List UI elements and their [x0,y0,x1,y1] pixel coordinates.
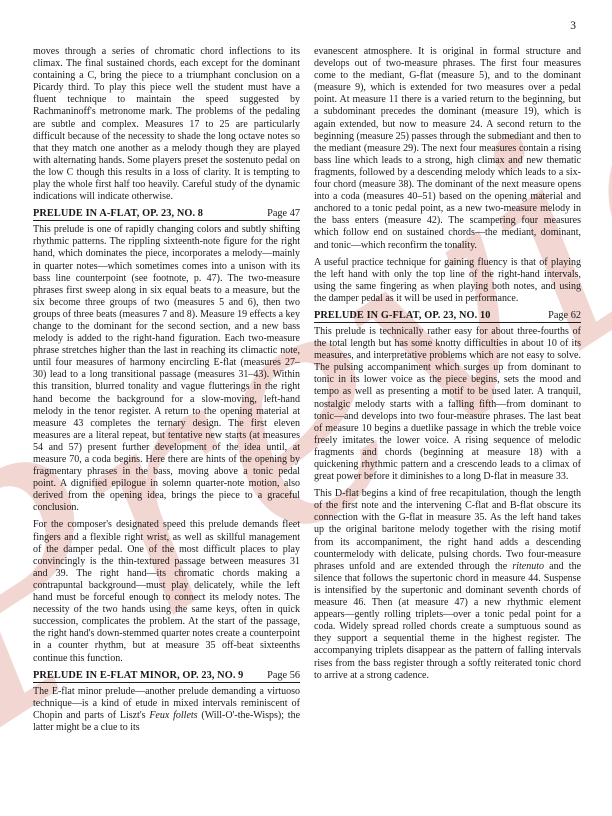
left-column: moves through a series of chromatic chor… [33,46,300,739]
section-heading-title: PRELUDE IN E-FLAT MINOR, OP. 23, NO. 9 [33,670,243,681]
section-page-ref: Page 62 [548,310,581,321]
section-heading-title: PRELUDE IN G-FLAT, OP. 23, NO. 10 [314,310,490,321]
paragraph-continuation: moves through a series of chromatic chor… [33,46,300,203]
book-page: Preview 3 moves through a series of chro… [0,0,612,816]
paragraph: This D-flat begins a kind of free recapi… [314,488,581,682]
section-heading-e-flat-minor: PRELUDE IN E-FLAT MINOR, OP. 23, NO. 9 P… [33,670,300,683]
section-heading-a-flat: PRELUDE IN A-FLAT, OP. 23, NO. 8 Page 47 [33,208,300,221]
text-block: moves through a series of chromatic chor… [33,46,581,739]
paragraph: This prelude is one of rapidly changing … [33,224,300,514]
right-column: evanescent atmosphere. It is original in… [314,46,581,739]
paragraph: This prelude is technically rather easy … [314,326,581,483]
paragraph: A useful practice technique for gaining … [314,257,581,305]
section-heading-title: PRELUDE IN A-FLAT, OP. 23, NO. 8 [33,208,203,219]
section-page-ref: Page 47 [267,208,300,219]
paragraph: The E-flat minor prelude—another prelude… [33,686,300,734]
page-number: 3 [570,20,576,32]
paragraph-continuation: evanescent atmosphere. It is original in… [314,46,581,252]
section-page-ref: Page 56 [267,670,300,681]
paragraph: For the composer's designated speed this… [33,519,300,664]
section-heading-g-flat: PRELUDE IN G-FLAT, OP. 23, NO. 10 Page 6… [314,310,581,323]
